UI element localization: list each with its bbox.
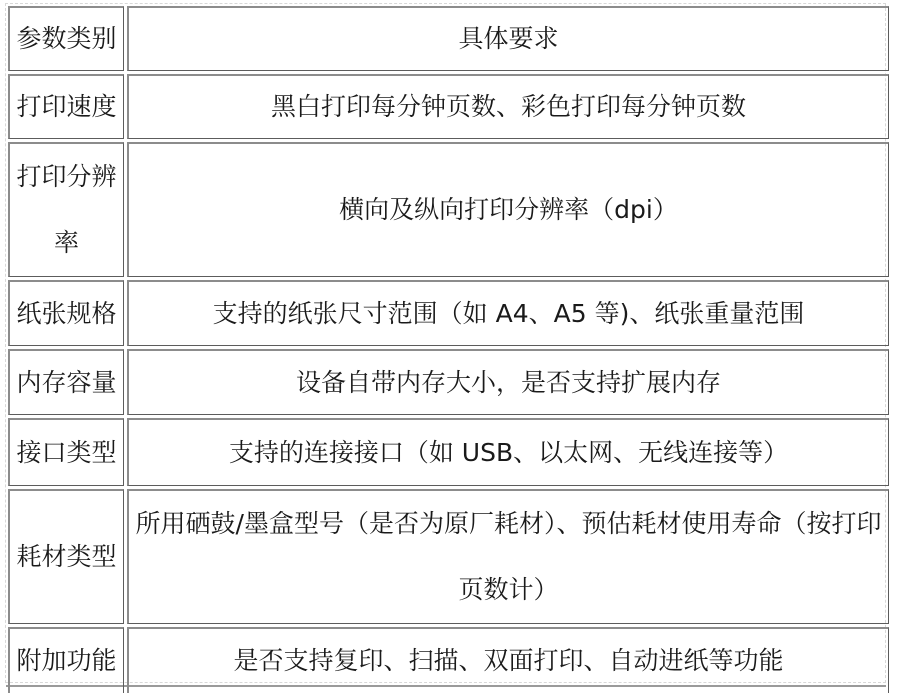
requirement-cell: 支持的纸张尺寸范围（如 A4、A5 等)、纸张重量范围 [127, 280, 889, 346]
category-cell: 打印分辨率 [8, 142, 124, 277]
printer-parameters-table: 参数类别 具体要求 打印速度 黑白打印每分钟页数、彩色打印每分钟页数 打印分辨率… [5, 3, 892, 696]
requirement-cell: 支持的连接接口（如 USB、以太网、无线连接等） [127, 418, 889, 486]
requirement-cell: 是否支持复印、扫描、双面打印、自动进纸等功能 [127, 627, 889, 693]
table-row: 附加功能 是否支持复印、扫描、双面打印、自动进纸等功能 [8, 627, 889, 693]
category-cell: 附加功能 [8, 627, 124, 693]
table-row: 纸张规格 支持的纸张尺寸范围（如 A4、A5 等)、纸张重量范围 [8, 280, 889, 346]
category-cell: 耗材类型 [8, 489, 124, 624]
table-row: 打印速度 黑白打印每分钟页数、彩色打印每分钟页数 [8, 74, 889, 139]
header-category-cell: 参数类别 [8, 6, 124, 71]
requirement-cell: 所用硒鼓/墨盒型号（是否为原厂耗材）、预估耗材使用寿命（按打印页数计） [127, 489, 889, 624]
table-row: 内存容量 设备自带内存大小，是否支持扩展内存 [8, 349, 889, 415]
table-row: 接口类型 支持的连接接口（如 USB、以太网、无线连接等） [8, 418, 889, 486]
category-cell: 纸张规格 [8, 280, 124, 346]
requirement-cell: 黑白打印每分钟页数、彩色打印每分钟页数 [127, 74, 889, 139]
category-cell: 接口类型 [8, 418, 124, 486]
table-row: 打印分辨率 横向及纵向打印分辨率（dpi） [8, 142, 889, 277]
table-header-row: 参数类别 具体要求 [8, 6, 889, 71]
requirement-cell: 横向及纵向打印分辨率（dpi） [127, 142, 889, 277]
table-row: 耗材类型 所用硒鼓/墨盒型号（是否为原厂耗材）、预估耗材使用寿命（按打印页数计） [8, 489, 889, 624]
header-requirement-cell: 具体要求 [127, 6, 889, 71]
category-cell: 打印速度 [8, 74, 124, 139]
requirement-cell: 设备自带内存大小，是否支持扩展内存 [127, 349, 889, 415]
category-cell: 内存容量 [8, 349, 124, 415]
